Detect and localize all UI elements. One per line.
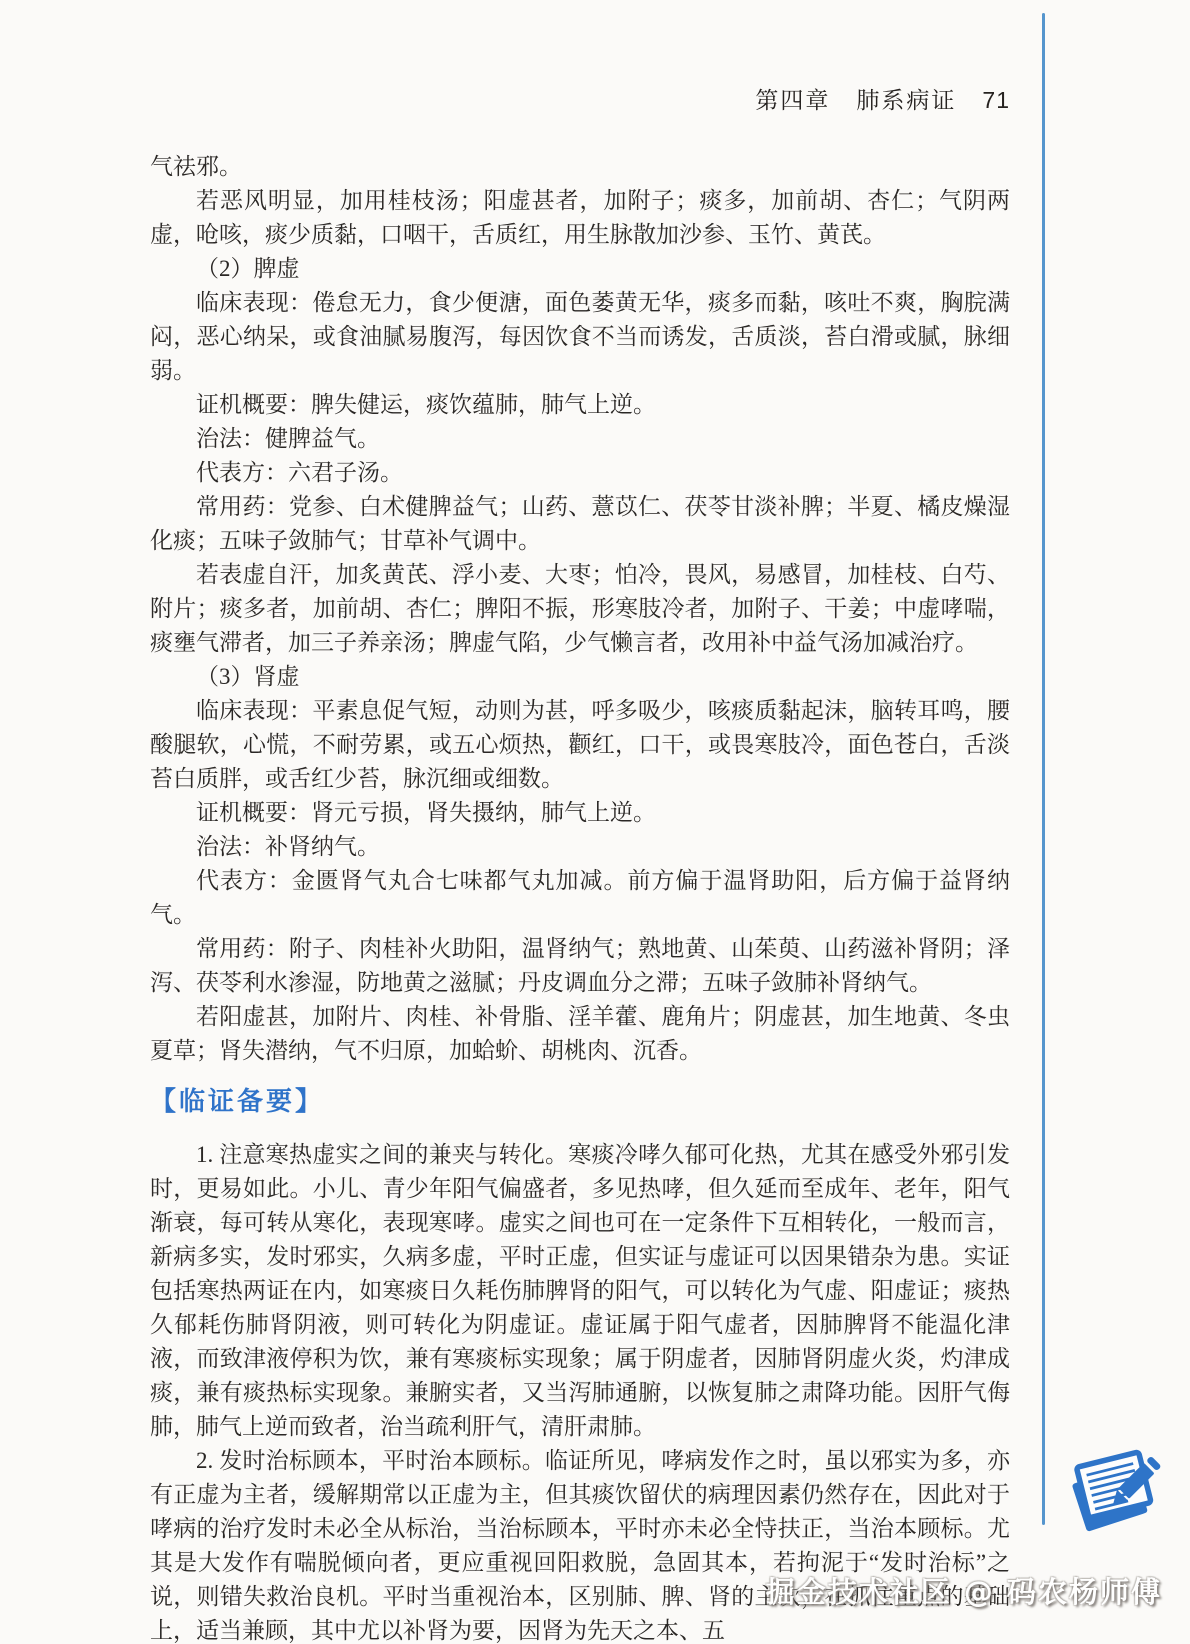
body-paragraph: 气祛邪。 (150, 150, 1010, 184)
running-header: 第四章肺系病证71 (755, 82, 1010, 115)
body-paragraph: 常用药：附子、肉桂补火助阳，温肾纳气；熟地黄、山茱萸、山药滋补肾阴；泽泻、茯苓利… (150, 932, 1010, 1000)
page-number: 71 (982, 87, 1010, 113)
body-paragraph: 治法：补肾纳气。 (150, 830, 1010, 864)
clinical-note-paragraph: 1. 注意寒热虚实之间的兼夹与转化。寒痰冷哮久郁可化热，尤其在感受外邪引发时，更… (150, 1138, 1010, 1444)
book-page: 第四章肺系病证71 气祛邪。 若恶风明显，加用桂枝汤；阳虚甚者，加附子；痰多，加… (0, 0, 1190, 1644)
body-paragraph: 治法：健脾益气。 (150, 422, 1010, 456)
body-paragraph: 证机概要：肾元亏损，肾失摄纳，肺气上逆。 (150, 796, 1010, 830)
body-paragraph: 代表方：金匮肾气丸合七味都气丸加减。前方偏于温肾助阳，后方偏于益肾纳气。 (150, 864, 1010, 932)
chapter-label: 第四章 (755, 88, 830, 113)
body-paragraph: 临床表现：倦怠无力，食少便溏，面色萎黄无华，痰多而黏，咳吐不爽，胸脘满闷，恶心纳… (150, 286, 1010, 388)
page-body: 气祛邪。 若恶风明显，加用桂枝汤；阳虚甚者，加附子；痰多，加前胡、杏仁；气阴两虚… (150, 150, 1010, 1644)
body-paragraph: 临床表现：平素息促气短，动则为甚，呼多吸少，咳痰质黏起沫，脑转耳鸣，腰酸腿软，心… (150, 694, 1010, 796)
subsection-title-shenxu: （3）肾虚 (150, 660, 1010, 694)
clinical-note-paragraph: 2. 发时治标顾本，平时治本顾标。临证所见，哮病发作之时，虽以邪实为多，亦有正虚… (150, 1444, 1010, 1644)
body-paragraph: 证机概要：脾失健运，痰饮蕴肺，肺气上逆。 (150, 388, 1010, 422)
body-paragraph: 若恶风明显，加用桂枝汤；阳虚甚者，加附子；痰多，加前胡、杏仁；气阴两虚，呛咳，痰… (150, 184, 1010, 252)
body-paragraph: 若表虚自汗，加炙黄芪、浮小麦、大枣；怕冷，畏风，易感冒，加桂枝、白芍、附片；痰多… (150, 558, 1010, 660)
subsection-title-pixu: （2）脾虚 (150, 252, 1010, 286)
notes-pencil-icon (1070, 1438, 1166, 1534)
body-paragraph: 代表方：六君子汤。 (150, 456, 1010, 490)
watermark: 掘金技术社区 @ 码农杨师傅 (766, 1570, 1162, 1611)
body-paragraph: 若阳虚甚，加附片、肉桂、补骨脂、淫羊藿、鹿角片；阴虚甚，加生地黄、冬虫夏草；肾失… (150, 1000, 1010, 1068)
margin-divider-line (1042, 13, 1045, 1525)
section-heading: 【临证备要】 (150, 1084, 1010, 1118)
body-paragraph: 常用药：党参、白术健脾益气；山药、薏苡仁、茯苓甘淡补脾；半夏、橘皮燥湿化痰；五味… (150, 490, 1010, 558)
section-label: 肺系病证 (856, 88, 956, 113)
notes-pencil-icon-svg (1070, 1438, 1166, 1534)
